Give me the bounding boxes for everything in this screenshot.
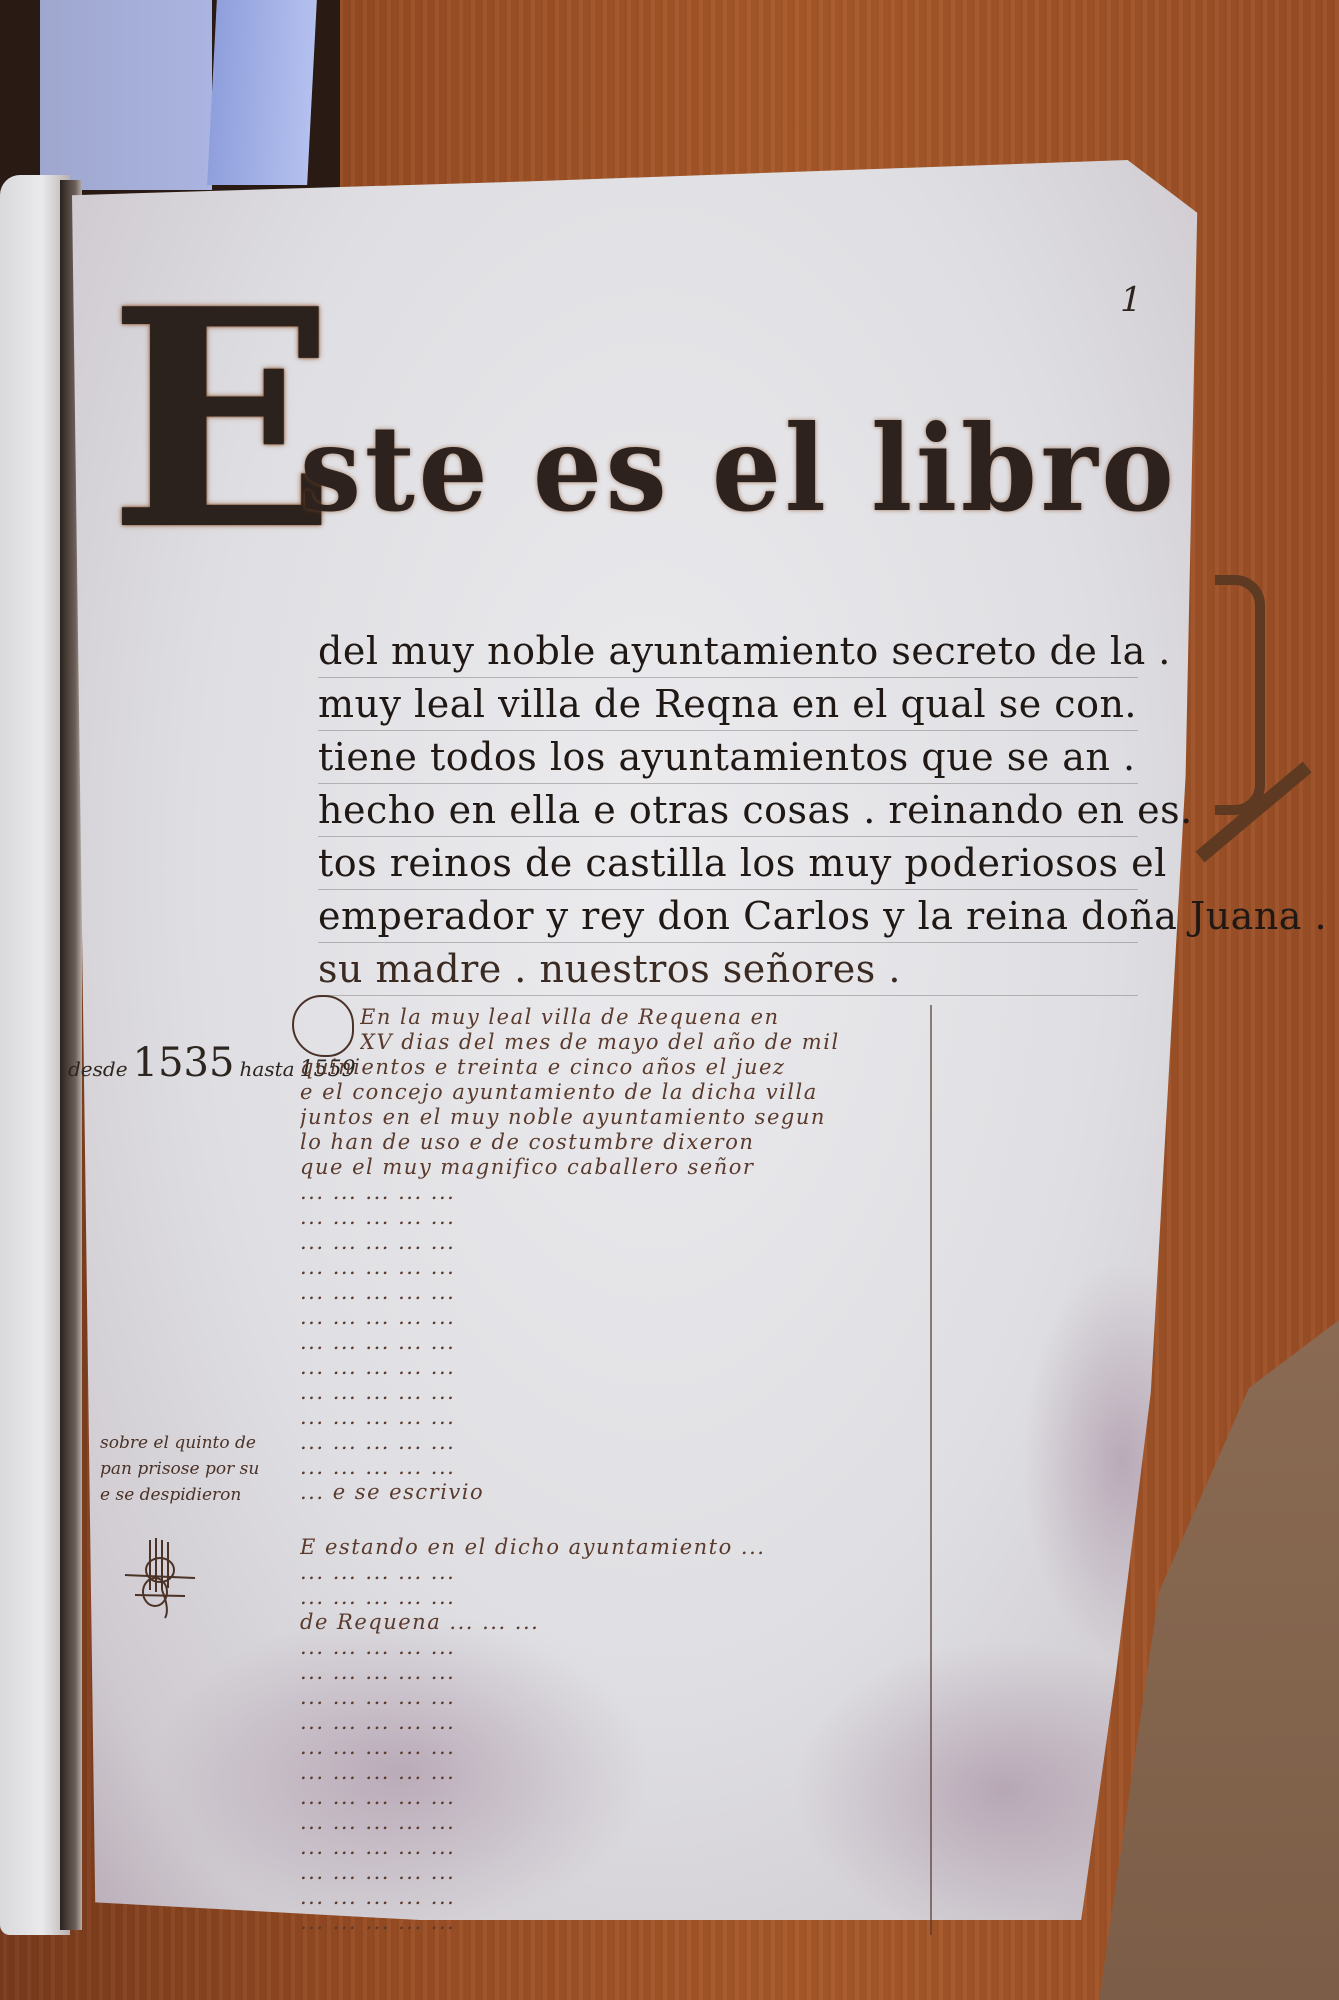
body-line: ... ... ... ... ... [300,1585,930,1610]
body-line: ... ... ... ... ... [300,1330,930,1355]
body-line: ... ... ... ... ... [300,1430,930,1455]
body-line: ... ... ... ... ... [300,1180,930,1205]
margin-note-line: e se despidieron [100,1482,310,1508]
rubric-line: tos reinos de castilla los muy poderioso… [318,837,1138,890]
rubric-line: su madre . nuestros señores . [318,943,1138,996]
body-line: ... ... ... ... ... [300,1380,930,1405]
body-line: de Requena ... ... ... [300,1610,930,1635]
body-line: que el muy magnifico caballero señor [300,1155,930,1180]
body-line: En la muy leal villa de Requena en [360,1005,930,1030]
body-line: ... ... ... ... ... [300,1735,930,1760]
margin-annotation: sobre el quinto de pan prisose por su e … [100,1430,310,1508]
body-line: ... ... ... ... ... [300,1885,930,1910]
body-line: ... ... ... ... ... [300,1860,930,1885]
margin-note-line: sobre el quinto de [100,1430,310,1456]
body-line: ... ... ... ... ... [300,1205,930,1230]
body-line: ... e se escrivio [300,1480,930,1505]
blue-paper-sheet [40,0,212,190]
date-middle: hasta [240,1057,295,1081]
body-line: ... ... ... ... ... [300,1280,930,1305]
body-line: ... ... ... ... ... [300,1355,930,1380]
notary-signature-rubric-icon [120,1530,200,1620]
rubric-line: del muy noble ayuntamiento secreto de la… [318,625,1138,678]
body-line: ... ... ... ... ... [300,1635,930,1660]
margin-note-line: pan prisose por su [100,1456,310,1482]
leather-tie-strap [1215,575,1265,815]
start-year: 1535 [133,1040,235,1086]
body-line: ... ... ... ... ... [300,1760,930,1785]
body-line: ... ... ... ... ... [300,1685,930,1710]
rubric-heading-block: del muy noble ayuntamiento secreto de la… [318,625,1138,996]
body-line: quinientos e treinta e cinco años el jue… [300,1055,930,1080]
body-line: ... ... ... ... ... [300,1405,930,1430]
rubric-line: muy leal villa de Reqna en el qual se co… [318,678,1138,731]
body-line: juntos en el muy noble ayuntamiento segu… [300,1105,930,1130]
body-line: ... ... ... ... ... [300,1455,930,1480]
cursive-body-text: En la muy leal villa de Requena en XV di… [300,1005,932,1935]
page-title: ste es el libro [300,410,1177,528]
body-line: ... ... ... ... ... [300,1230,930,1255]
body-line: ... ... ... ... ... [300,1255,930,1280]
body-line: ... ... ... ... ... [300,1785,930,1810]
body-line: ... ... ... ... ... [300,1810,930,1835]
rubric-line: tiene todos los ayuntamientos que se an … [318,731,1138,784]
body-line: ... ... ... ... ... [300,1305,930,1330]
body-line: ... ... ... ... ... [300,1710,930,1735]
body-line: E estando en el dicho ayuntamiento ... [300,1535,930,1560]
body-line: ... ... ... ... ... [300,1560,930,1585]
body-line: XV dias del mes de mayo del año de mil [360,1030,930,1055]
decorated-initial: E [108,270,327,570]
rubric-line: hecho en ella e otras cosas . reinando e… [318,784,1138,837]
body-line: lo han de uso e de costumbre dixeron [300,1130,930,1155]
rubric-line: emperador y rey don Carlos y la reina do… [318,890,1138,943]
body-line: e el concejo ayuntamiento de la dicha vi… [300,1080,930,1105]
date-prefix: desde [68,1057,128,1081]
blue-paper-sheet-folded [207,0,317,185]
body-line: ... ... ... ... ... [300,1835,930,1860]
body-line: ... ... ... ... ... [300,1910,930,1935]
body-line: ... ... ... ... ... [300,1660,930,1685]
